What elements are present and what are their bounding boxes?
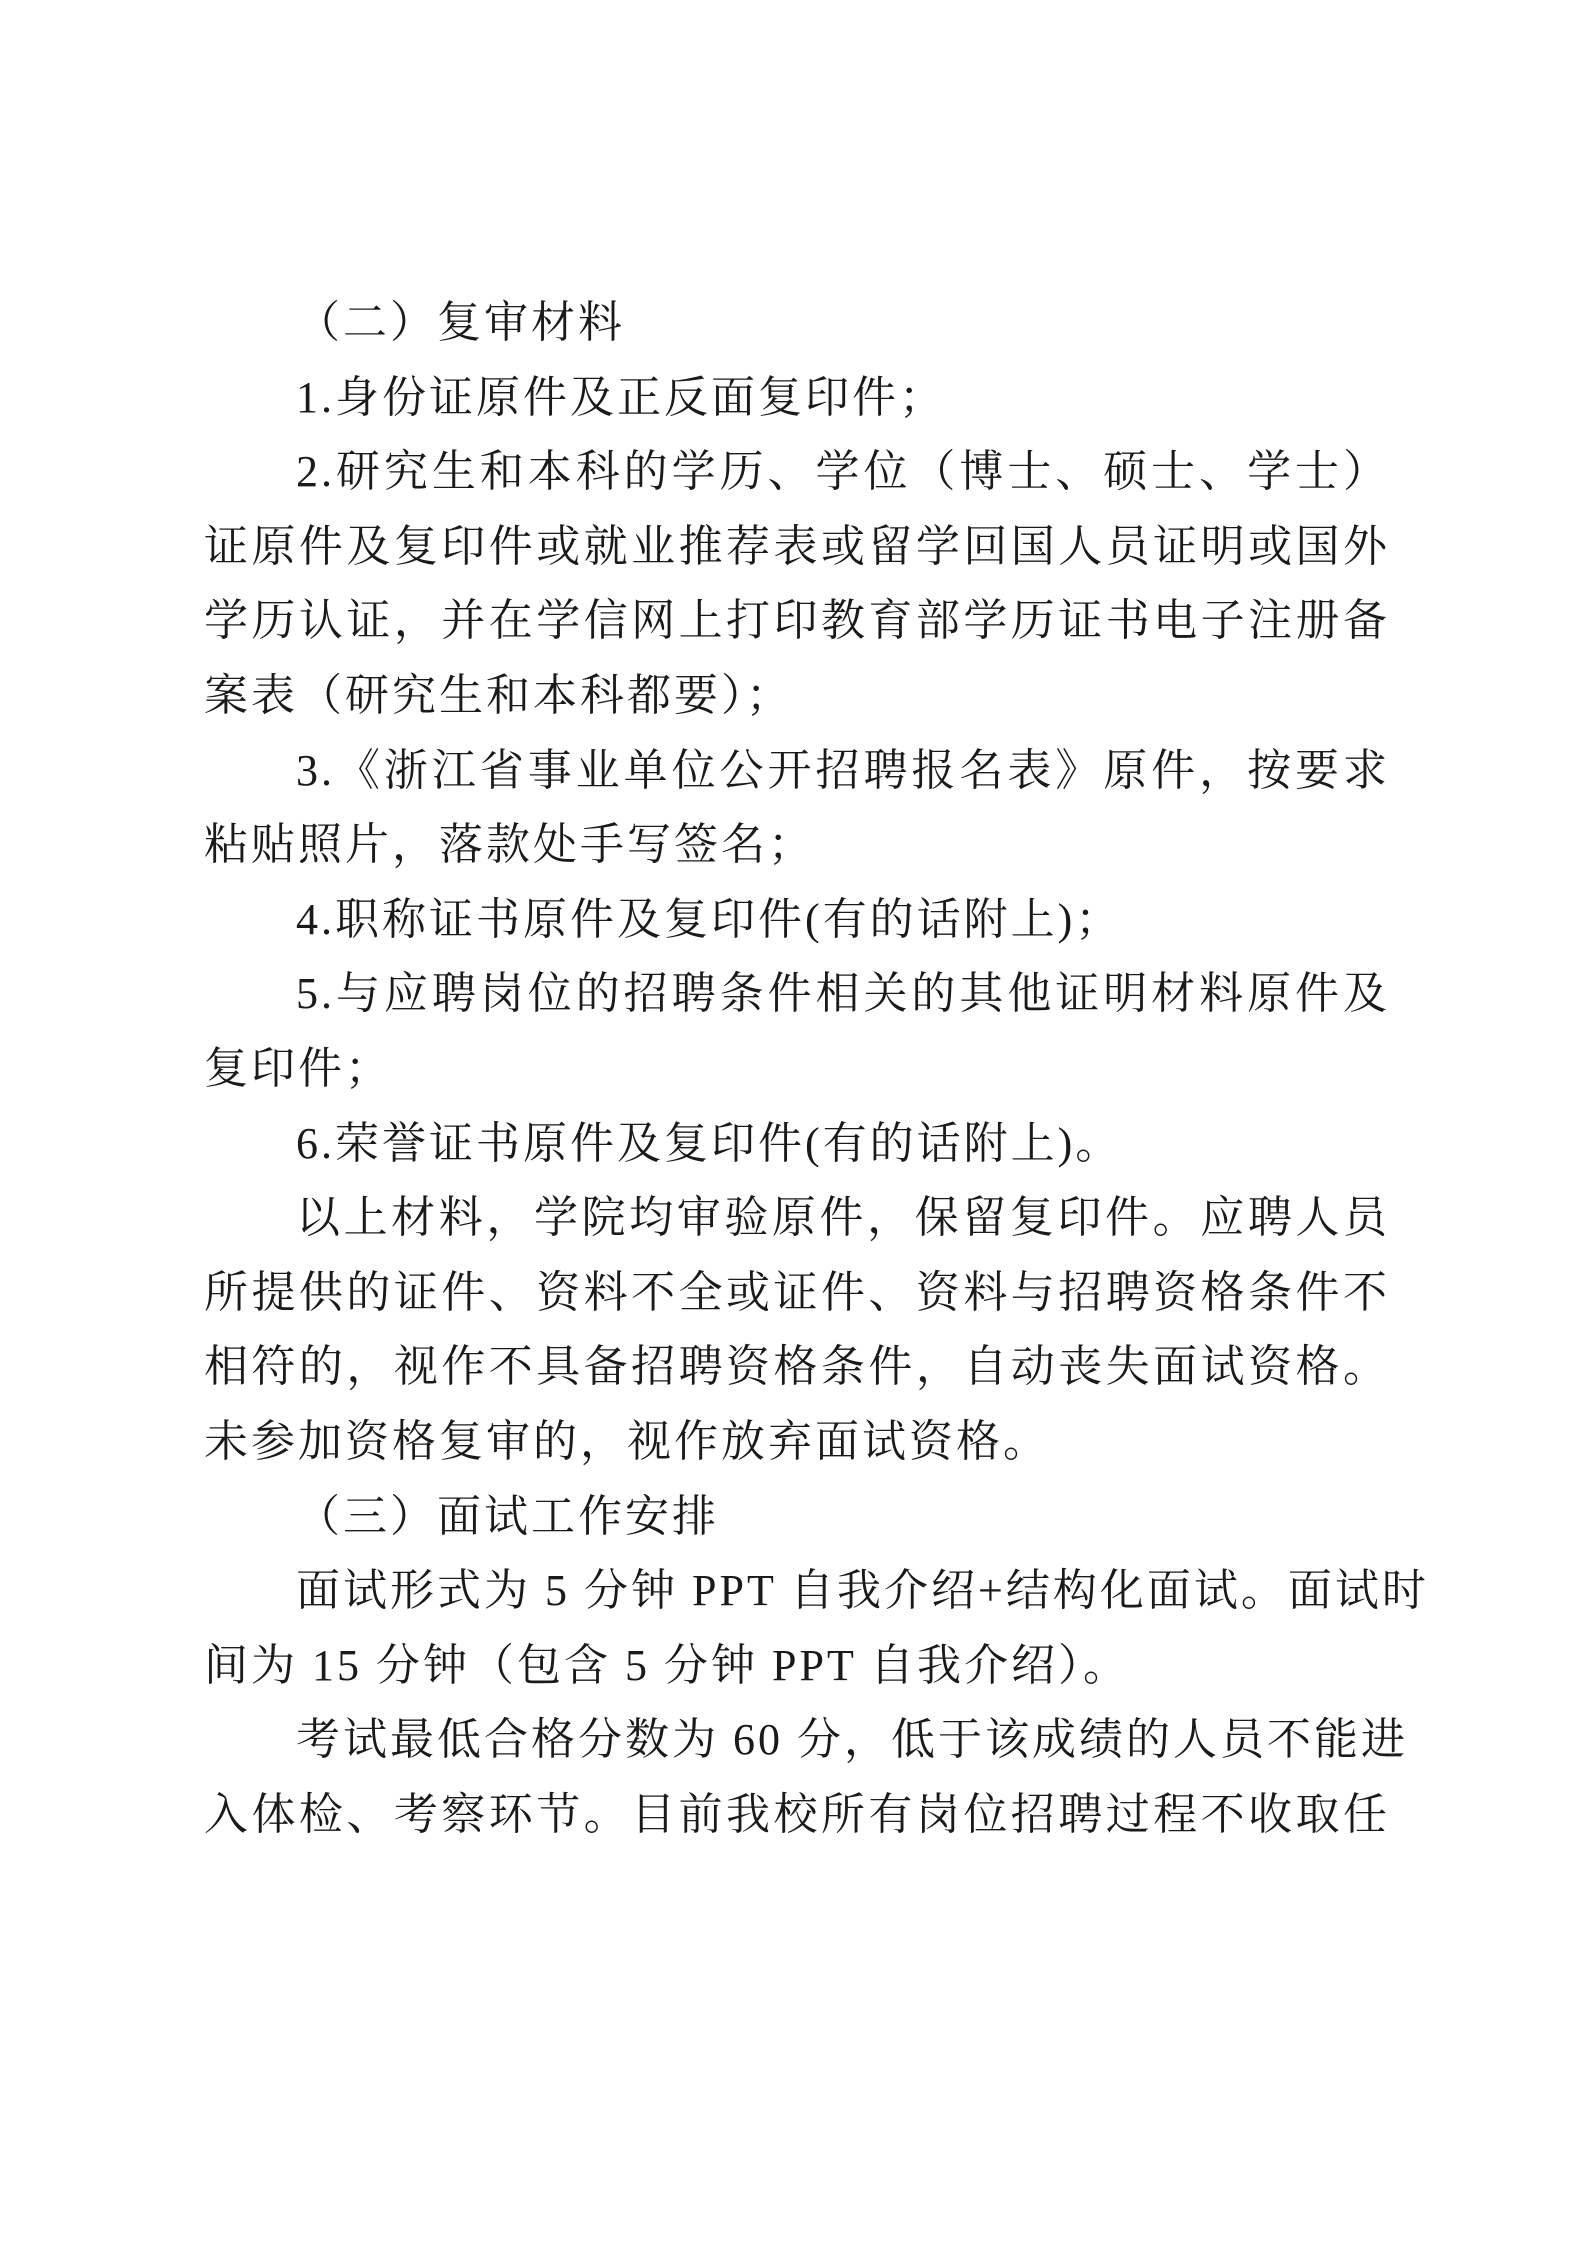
text-line: 案表（研究生和本科都要）； [204, 659, 1390, 734]
text-line: 面试形式为 5 分钟 PPT 自我介绍+结构化面试。面试时 [204, 1554, 1390, 1629]
text-line: 4.职称证书原件及复印件(有的话附上)； [204, 883, 1390, 958]
text-line: 1.身份证原件及正反面复印件； [204, 361, 1390, 436]
text-line: 考试最低合格分数为 60 分，低于该成绩的人员不能进 [204, 1703, 1390, 1778]
text-line: 入体检、考察环节。目前我校所有岗位招聘过程不收取任 [204, 1778, 1390, 1853]
text-line: 3.《浙江省事业单位公开招聘报名表》原件，按要求 [204, 734, 1390, 809]
section-heading: （三）面试工作安排 [204, 1480, 1390, 1555]
text-line: 证原件及复印件或就业推荐表或留学回国人员证明或国外 [204, 510, 1390, 585]
text-line: 2.研究生和本科的学历、学位（博士、硕士、学士） [204, 435, 1390, 510]
text-line: 学历认证，并在学信网上打印教育部学历证书电子注册备 [204, 584, 1390, 659]
text-line: 所提供的证件、资料不全或证件、资料与招聘资格条件不 [204, 1256, 1390, 1331]
document-text-block: （二）复审材料1.身份证原件及正反面复印件；2.研究生和本科的学历、学位（博士、… [204, 286, 1390, 1852]
text-line: 粘贴照片，落款处手写签名； [204, 808, 1390, 883]
text-line: 5.与应聘岗位的招聘条件相关的其他证明材料原件及 [204, 957, 1390, 1032]
text-line: 间为 15 分钟（包含 5 分钟 PPT 自我介绍）。 [204, 1629, 1390, 1704]
text-line: 复印件； [204, 1032, 1390, 1107]
text-line: 未参加资格复审的，视作放弃面试资格。 [204, 1405, 1390, 1480]
document-page: （二）复审材料1.身份证原件及正反面复印件；2.研究生和本科的学历、学位（博士、… [0, 0, 1587, 2245]
text-line: 以上材料，学院均审验原件，保留复印件。应聘人员 [204, 1181, 1390, 1256]
text-line: 6.荣誉证书原件及复印件(有的话附上)。 [204, 1107, 1390, 1182]
text-line: 相符的，视作不具备招聘资格条件，自动丧失面试资格。 [204, 1330, 1390, 1405]
section-heading: （二）复审材料 [204, 286, 1390, 361]
